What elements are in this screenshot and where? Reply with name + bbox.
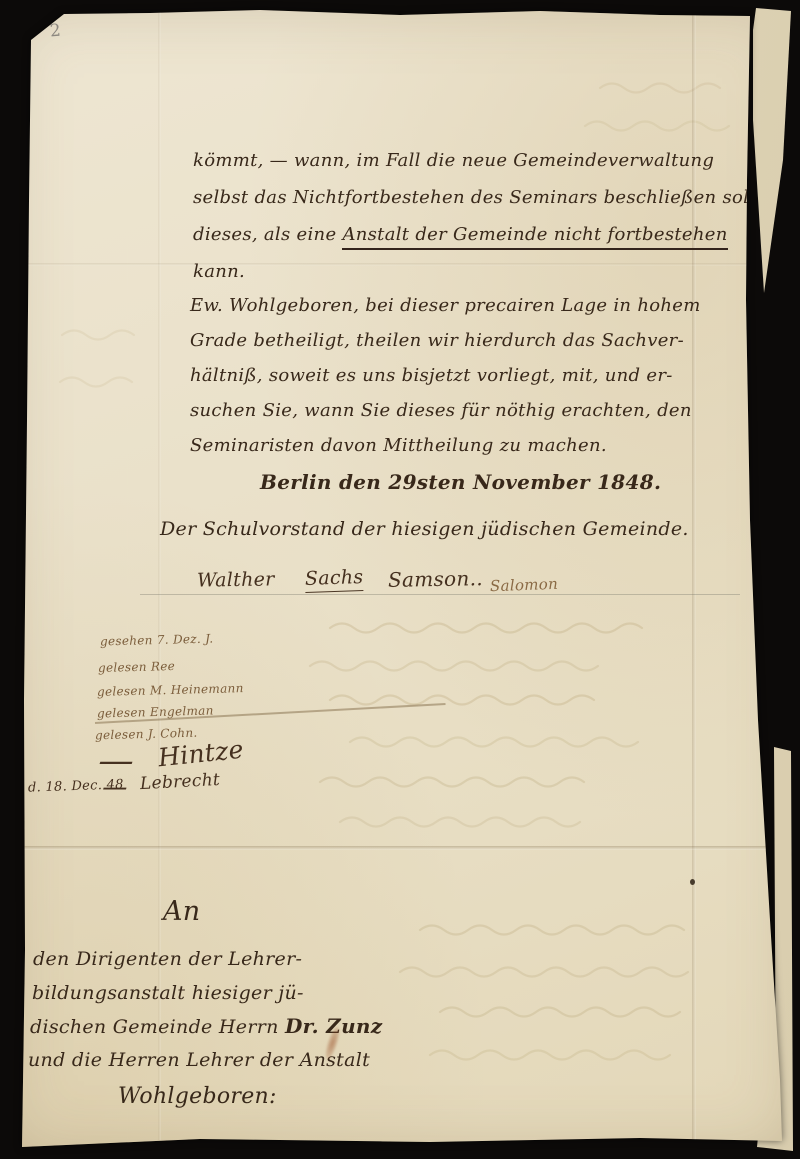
address-line: und die Herren Lehrer der Anstalt (28, 1050, 370, 1071)
address-line-prefix: dischen Gemeinde Herrn (30, 1016, 285, 1038)
signature-salomon: Salomon (490, 576, 559, 595)
body-line: Seminaristen davon Mittheilung zu machen… (190, 436, 607, 456)
body-line-with-underline: dieses, als eine Anstalt der Gemeinde ni… (193, 225, 728, 245)
dateline: Berlin den 29sten November 1848. (260, 471, 661, 493)
address-closing: Wohlgeboren: (118, 1085, 277, 1109)
address-line-with-name: dischen Gemeinde Herrn Dr. Zunz (30, 1015, 382, 1038)
signature-lebrecht: Lebrecht (140, 771, 221, 794)
body-line-prefix: dieses, als eine (193, 224, 342, 245)
margin-note: gelesen Ree (98, 660, 175, 675)
page-number-pencil: 2 (49, 22, 62, 42)
sender-line: Der Schulvorstand der hiesigen jüdischen… (160, 519, 689, 540)
body-line: hältniß, soweit es uns bisjetzt vorliegt… (190, 366, 673, 386)
underlined-phrase: Anstalt der Gemeinde nicht fortbestehen (342, 224, 727, 250)
body-line: Ew. Wohlgeboren, bei dieser precairen La… (190, 296, 701, 316)
body-line: Grade betheiligt, theilen wir hierdurch … (190, 331, 684, 351)
body-line: selbst das Nichtfortbestehen des Seminar… (193, 188, 780, 208)
dash-mark: — (98, 750, 135, 772)
manuscript-page-wrap: 2 kömmt, — wann, im Fall die neue Gemein… (0, 0, 800, 1159)
manuscript-page: 2 kömmt, — wann, im Fall die neue Gemein… (0, 0, 800, 1159)
address-line: bildungsanstalt hiesiger jü- (32, 983, 304, 1004)
address-line: den Dirigenten der Lehrer- (33, 949, 302, 970)
signature-samson: Samson.. (388, 567, 483, 591)
signature-walther: Walther (197, 569, 275, 591)
body-line: kann. (193, 262, 245, 282)
scanned-document-photo: 2 kömmt, — wann, im Fall die neue Gemein… (0, 0, 800, 1159)
pin-hole (690, 879, 695, 885)
dash-mark: — (102, 779, 128, 797)
body-line: suchen Sie, wann Sie dieses für nöthig e… (190, 401, 692, 421)
signature-sachs: Sachs (305, 567, 364, 593)
body-line: kömmt, — wann, im Fall die neue Gemeinde… (193, 151, 714, 171)
address-salutation: An (163, 897, 201, 927)
